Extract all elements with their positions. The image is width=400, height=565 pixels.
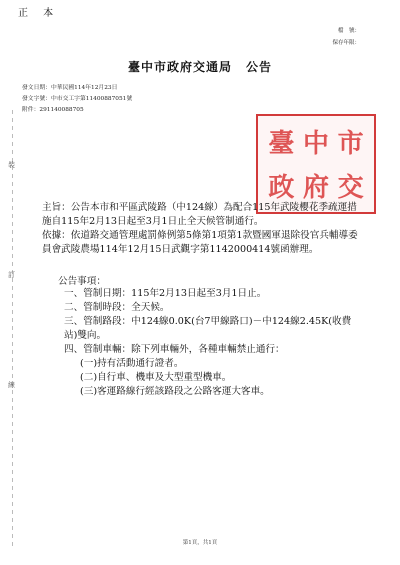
notice-heading: 公告事項： <box>58 273 106 287</box>
binding-line <box>12 110 13 550</box>
binding-mark: 訂 <box>8 270 15 280</box>
subject: 主旨：公告本市和平區武陵路（中124線）為配合115年武陵櫻花季疏運措施自115… <box>42 201 362 229</box>
item-text: 管制路段：中124線0.0K(台7甲線路口)－中124線2.45K(收費站)雙向… <box>64 316 351 341</box>
basis-label: 依據： <box>42 229 71 243</box>
subject-label: 主旨： <box>42 201 71 215</box>
item-number: 三、 <box>64 316 83 327</box>
item-number: 一、 <box>64 288 83 299</box>
item-number: 四、 <box>64 344 83 355</box>
attachment: 附件：291140088705 <box>22 104 84 113</box>
notice-item: 二、管制時段：全天候。 <box>64 301 364 315</box>
notice-item: 四、管制車輛：除下列車輛外，各種車輛禁止通行： <box>64 343 364 357</box>
copy-mark: 正 本 <box>18 4 59 19</box>
item-text: 管制車輛：除下列車輛外，各種車輛禁止通行： <box>83 344 284 355</box>
org-name: 臺中市政府交通局 <box>128 60 232 74</box>
item-text: 管制日期：115年2月13日起至3月1日止。 <box>83 288 266 299</box>
doc-type: 公告 <box>246 60 272 74</box>
notice-item: 一、管制日期：115年2月13日起至3月1日止。 <box>64 287 364 301</box>
binding-mark: 裝 <box>8 160 15 170</box>
file-number-label: 檔 號： <box>338 26 360 34</box>
notice-sub-item: (二)自行車、機車及大型重型機車。 <box>80 371 231 385</box>
item-text: 管制時段：全天候。 <box>83 302 169 313</box>
page-number: 第1頁，共1頁 <box>0 538 400 546</box>
basis-text: 依道路交通管理處罰條例第5條第1項第1款暨國軍退除役官兵輔導委員會武陵農場114… <box>42 230 358 255</box>
retention-label: 保存年限： <box>332 38 360 46</box>
subject-text: 公告本市和平區武陵路（中124線）為配合115年武陵櫻花季疏運措施自115年2月… <box>42 202 357 227</box>
notice-sub-item: (三)客運路線行經該路段之公路客運大客車。 <box>80 385 270 399</box>
seal-char: 臺 <box>264 122 299 166</box>
item-number: 二、 <box>64 302 83 313</box>
document-title: 臺中市政府交通局公告 <box>0 58 400 75</box>
binding-mark: 線 <box>8 380 15 390</box>
seal-char: 中 <box>299 122 334 166</box>
issue-date: 發文日期：中華民國114年12月23日 <box>22 82 117 91</box>
basis: 依據：依道路交通管理處罰條例第5條第1項第1款暨國軍退除役官兵輔導委員會武陵農場… <box>42 229 362 257</box>
notice-item: 三、管制路段：中124線0.0K(台7甲線路口)－中124線2.45K(收費站)… <box>64 315 364 343</box>
issue-number: 發文字號：中市交工字第11400887051號 <box>22 93 132 102</box>
official-seal: 臺 中 市 政 府 交 <box>256 114 376 214</box>
notice-sub-item: (一)持有活動通行證者。 <box>80 357 183 371</box>
seal-char: 市 <box>333 122 368 166</box>
